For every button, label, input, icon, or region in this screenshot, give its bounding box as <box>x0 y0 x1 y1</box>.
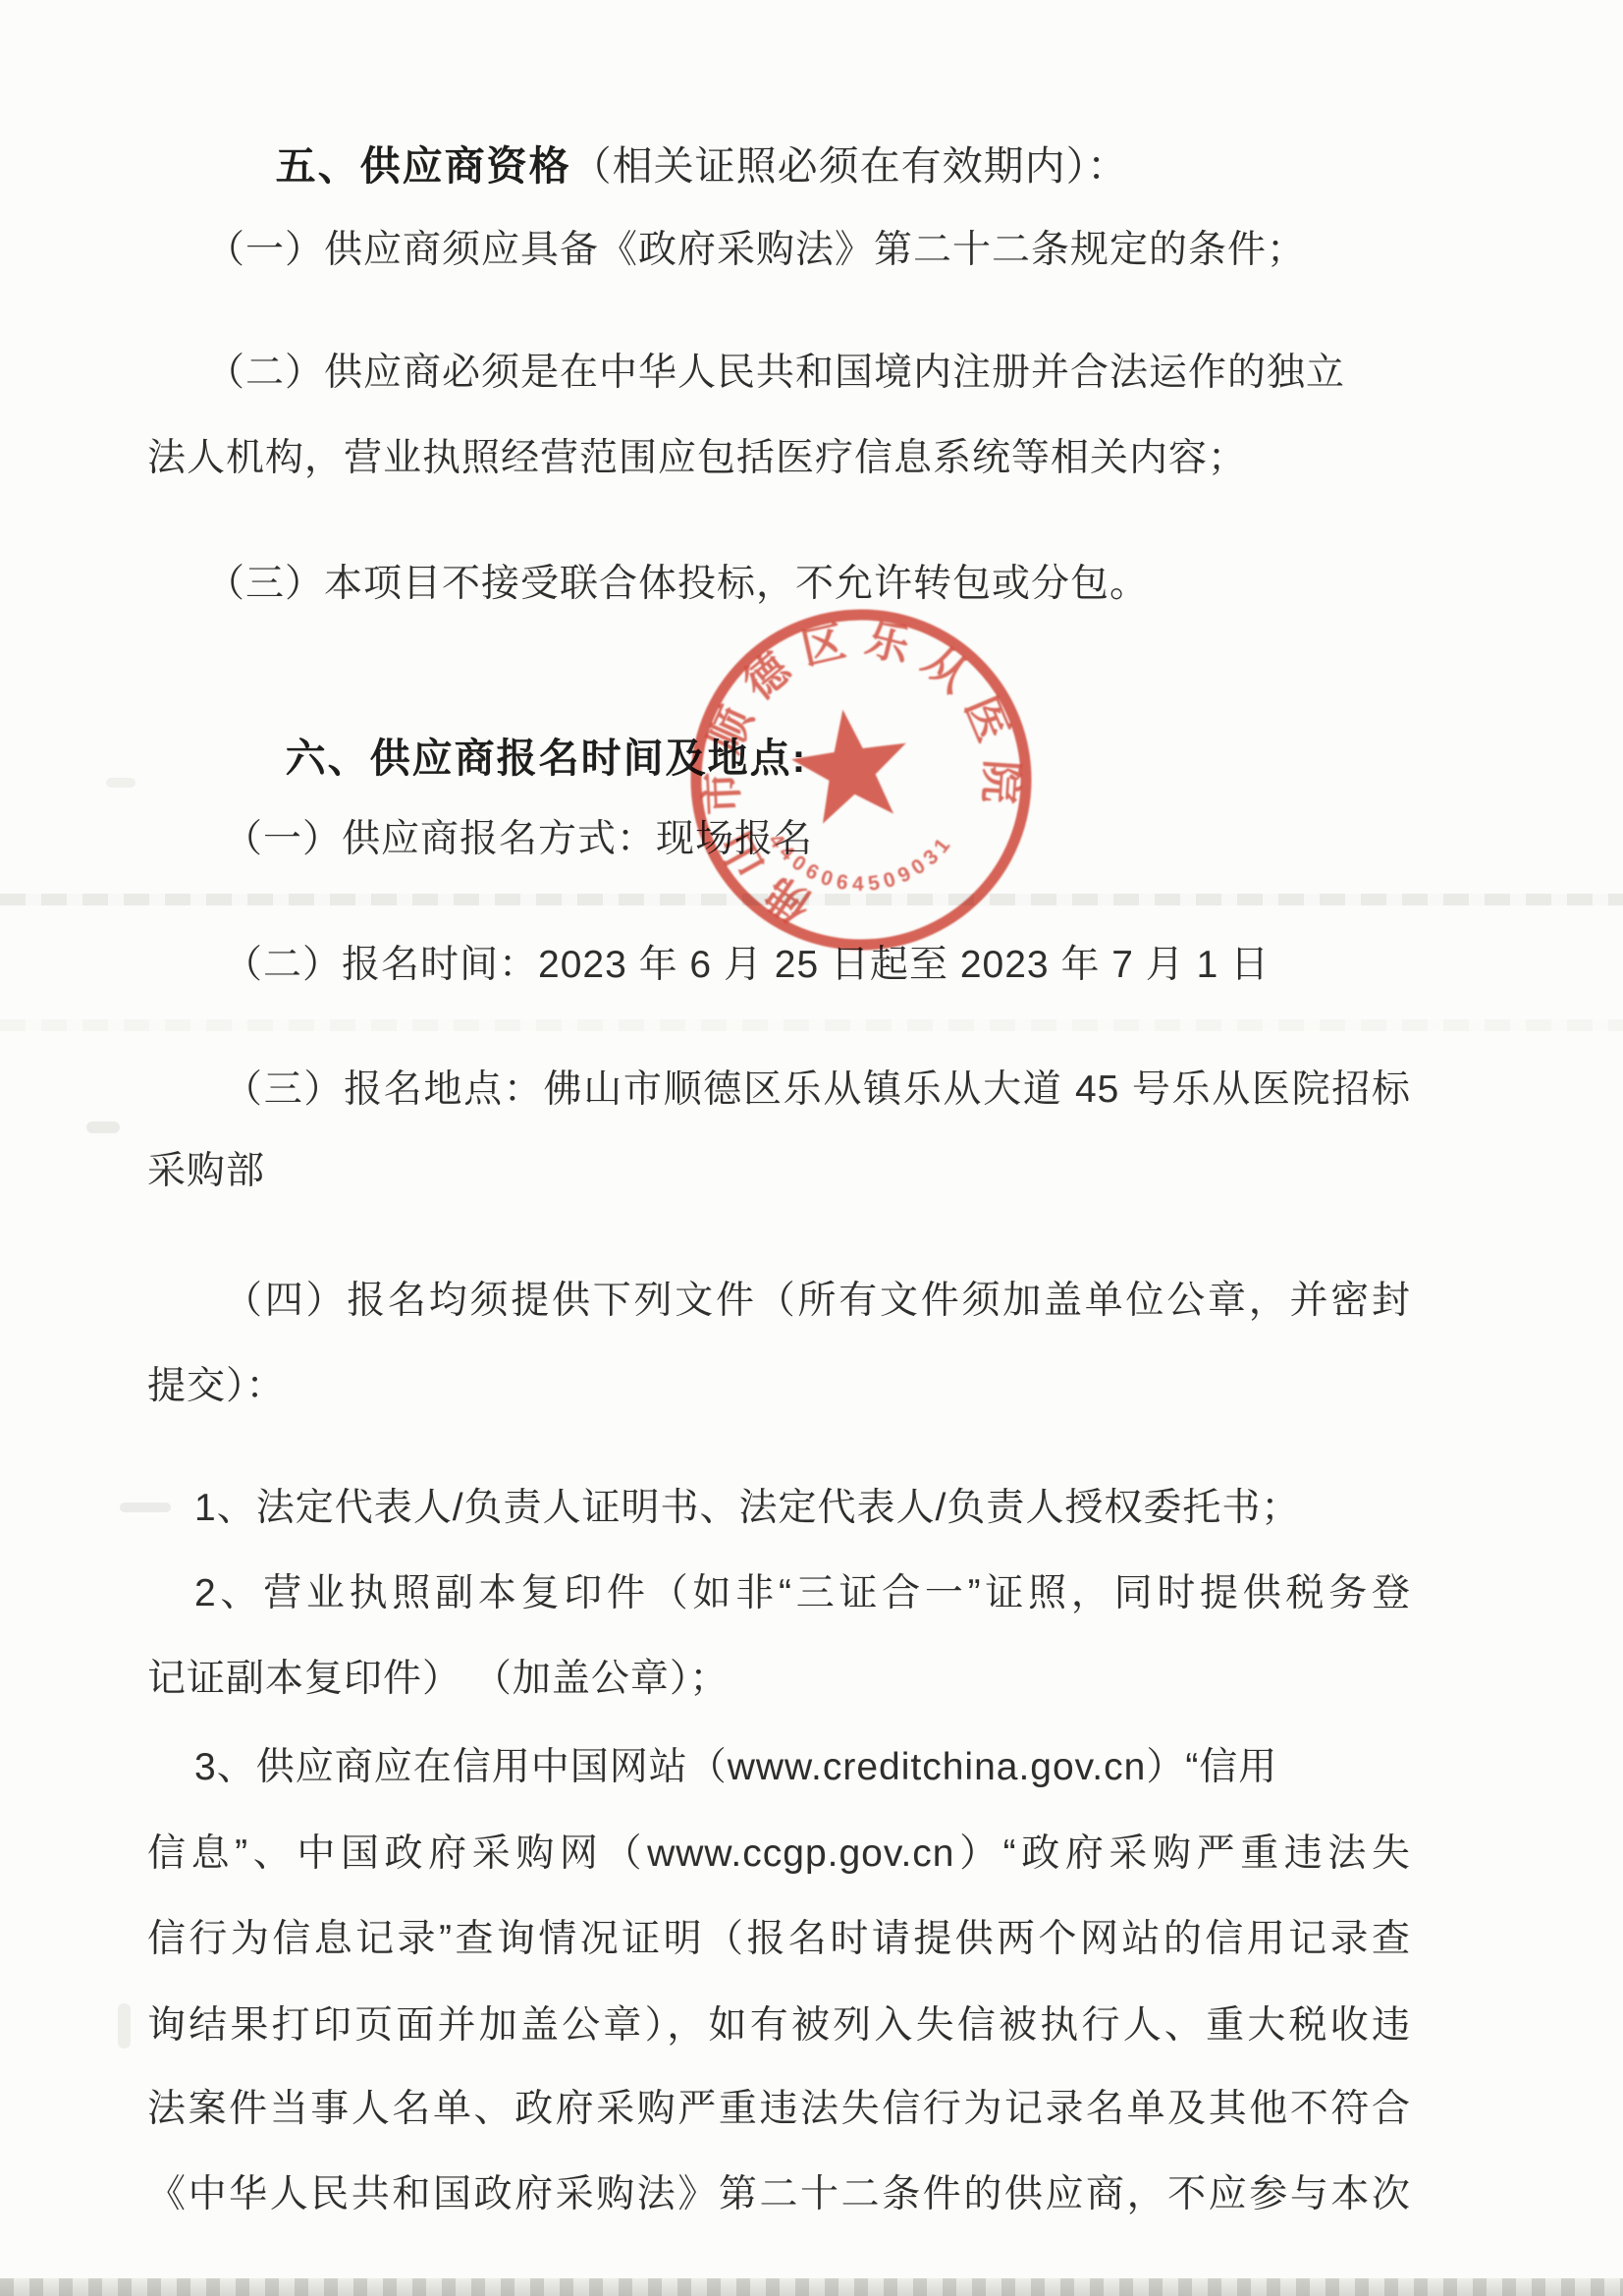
document-page: 五、供应商资格（相关证照必须在有效期内）： （一）供应商须应具备《政府采购法》第… <box>0 0 1623 2296</box>
text-line: 信息”、中国政府采购网（www.ccgp.gov.cn）“政府采购严重违法失 <box>147 1831 1411 1878</box>
text-line: 记证副本复印件） （加盖公章）； <box>147 1656 729 1703</box>
official-seal-stamp: 佛山市顺德区乐从医院 4406064509031 <box>682 601 1048 966</box>
stamp-graphic: 佛山市顺德区乐从医院 4406064509031 <box>696 615 1026 945</box>
scan-smudge <box>86 1121 120 1133</box>
scan-bottom-edge <box>0 2278 1623 2296</box>
stamp-star-icon <box>785 701 915 827</box>
text-line: 3、供应商应在信用中国网站（www.creditchina.gov.cn）“信用 <box>194 1744 1277 1791</box>
text-line: 采购部 <box>147 1148 265 1195</box>
scan-smudge <box>120 1503 171 1512</box>
text-line: （三）报名地点：佛山市顺德区乐从镇乐从大道 45 号乐从医院招标 <box>224 1066 1411 1114</box>
text-line: 2、营业执照副本复印件（如非“三证合一”证照，同时提供税务登 <box>194 1570 1411 1617</box>
text-line: 提交）： <box>147 1363 286 1410</box>
heading-bold-text: 五、供应商资格 <box>276 143 571 189</box>
text-line: （一）供应商须应具备《政府采购法》第二十二条规定的条件； <box>206 227 1306 274</box>
text-line: 1、法定代表人/负责人证明书、法定代表人/负责人授权委托书； <box>194 1485 1300 1532</box>
text-line: 法人机构，营业执照经营范围应包括医疗信息系统等相关内容； <box>147 435 1247 482</box>
text-line: 信行为信息记录”查询情况证明（报名时请提供两个网站的信用记录查 <box>147 1916 1411 1963</box>
text-line: 《中华人民共和国政府采购法》第二十二条件的供应商，不应参与本次 <box>147 2171 1411 2218</box>
text-line: （二）供应商必须是在中华人民共和国境内注册并合法运作的独立 <box>206 350 1345 397</box>
heading-regular-text: （相关证照必须在有效期内）： <box>571 143 1129 189</box>
section-heading-supplier-qualification: 五、供应商资格（相关证照必须在有效期内）： <box>231 92 1128 240</box>
text-line: 询结果打印页面并加盖公章），如有被列入失信被执行人、重大税收违 <box>147 2002 1411 2050</box>
scan-smudge <box>118 2003 131 2049</box>
scan-streak <box>0 1019 1623 1031</box>
scan-smudge <box>106 778 135 788</box>
text-line: 法案件当事人名单、政府采购严重违法失信行为记录名单及其他不符合 <box>147 2086 1411 2133</box>
text-line: （四）报名均须提供下列文件（所有文件须加盖单位公章，并密封 <box>224 1278 1411 1325</box>
